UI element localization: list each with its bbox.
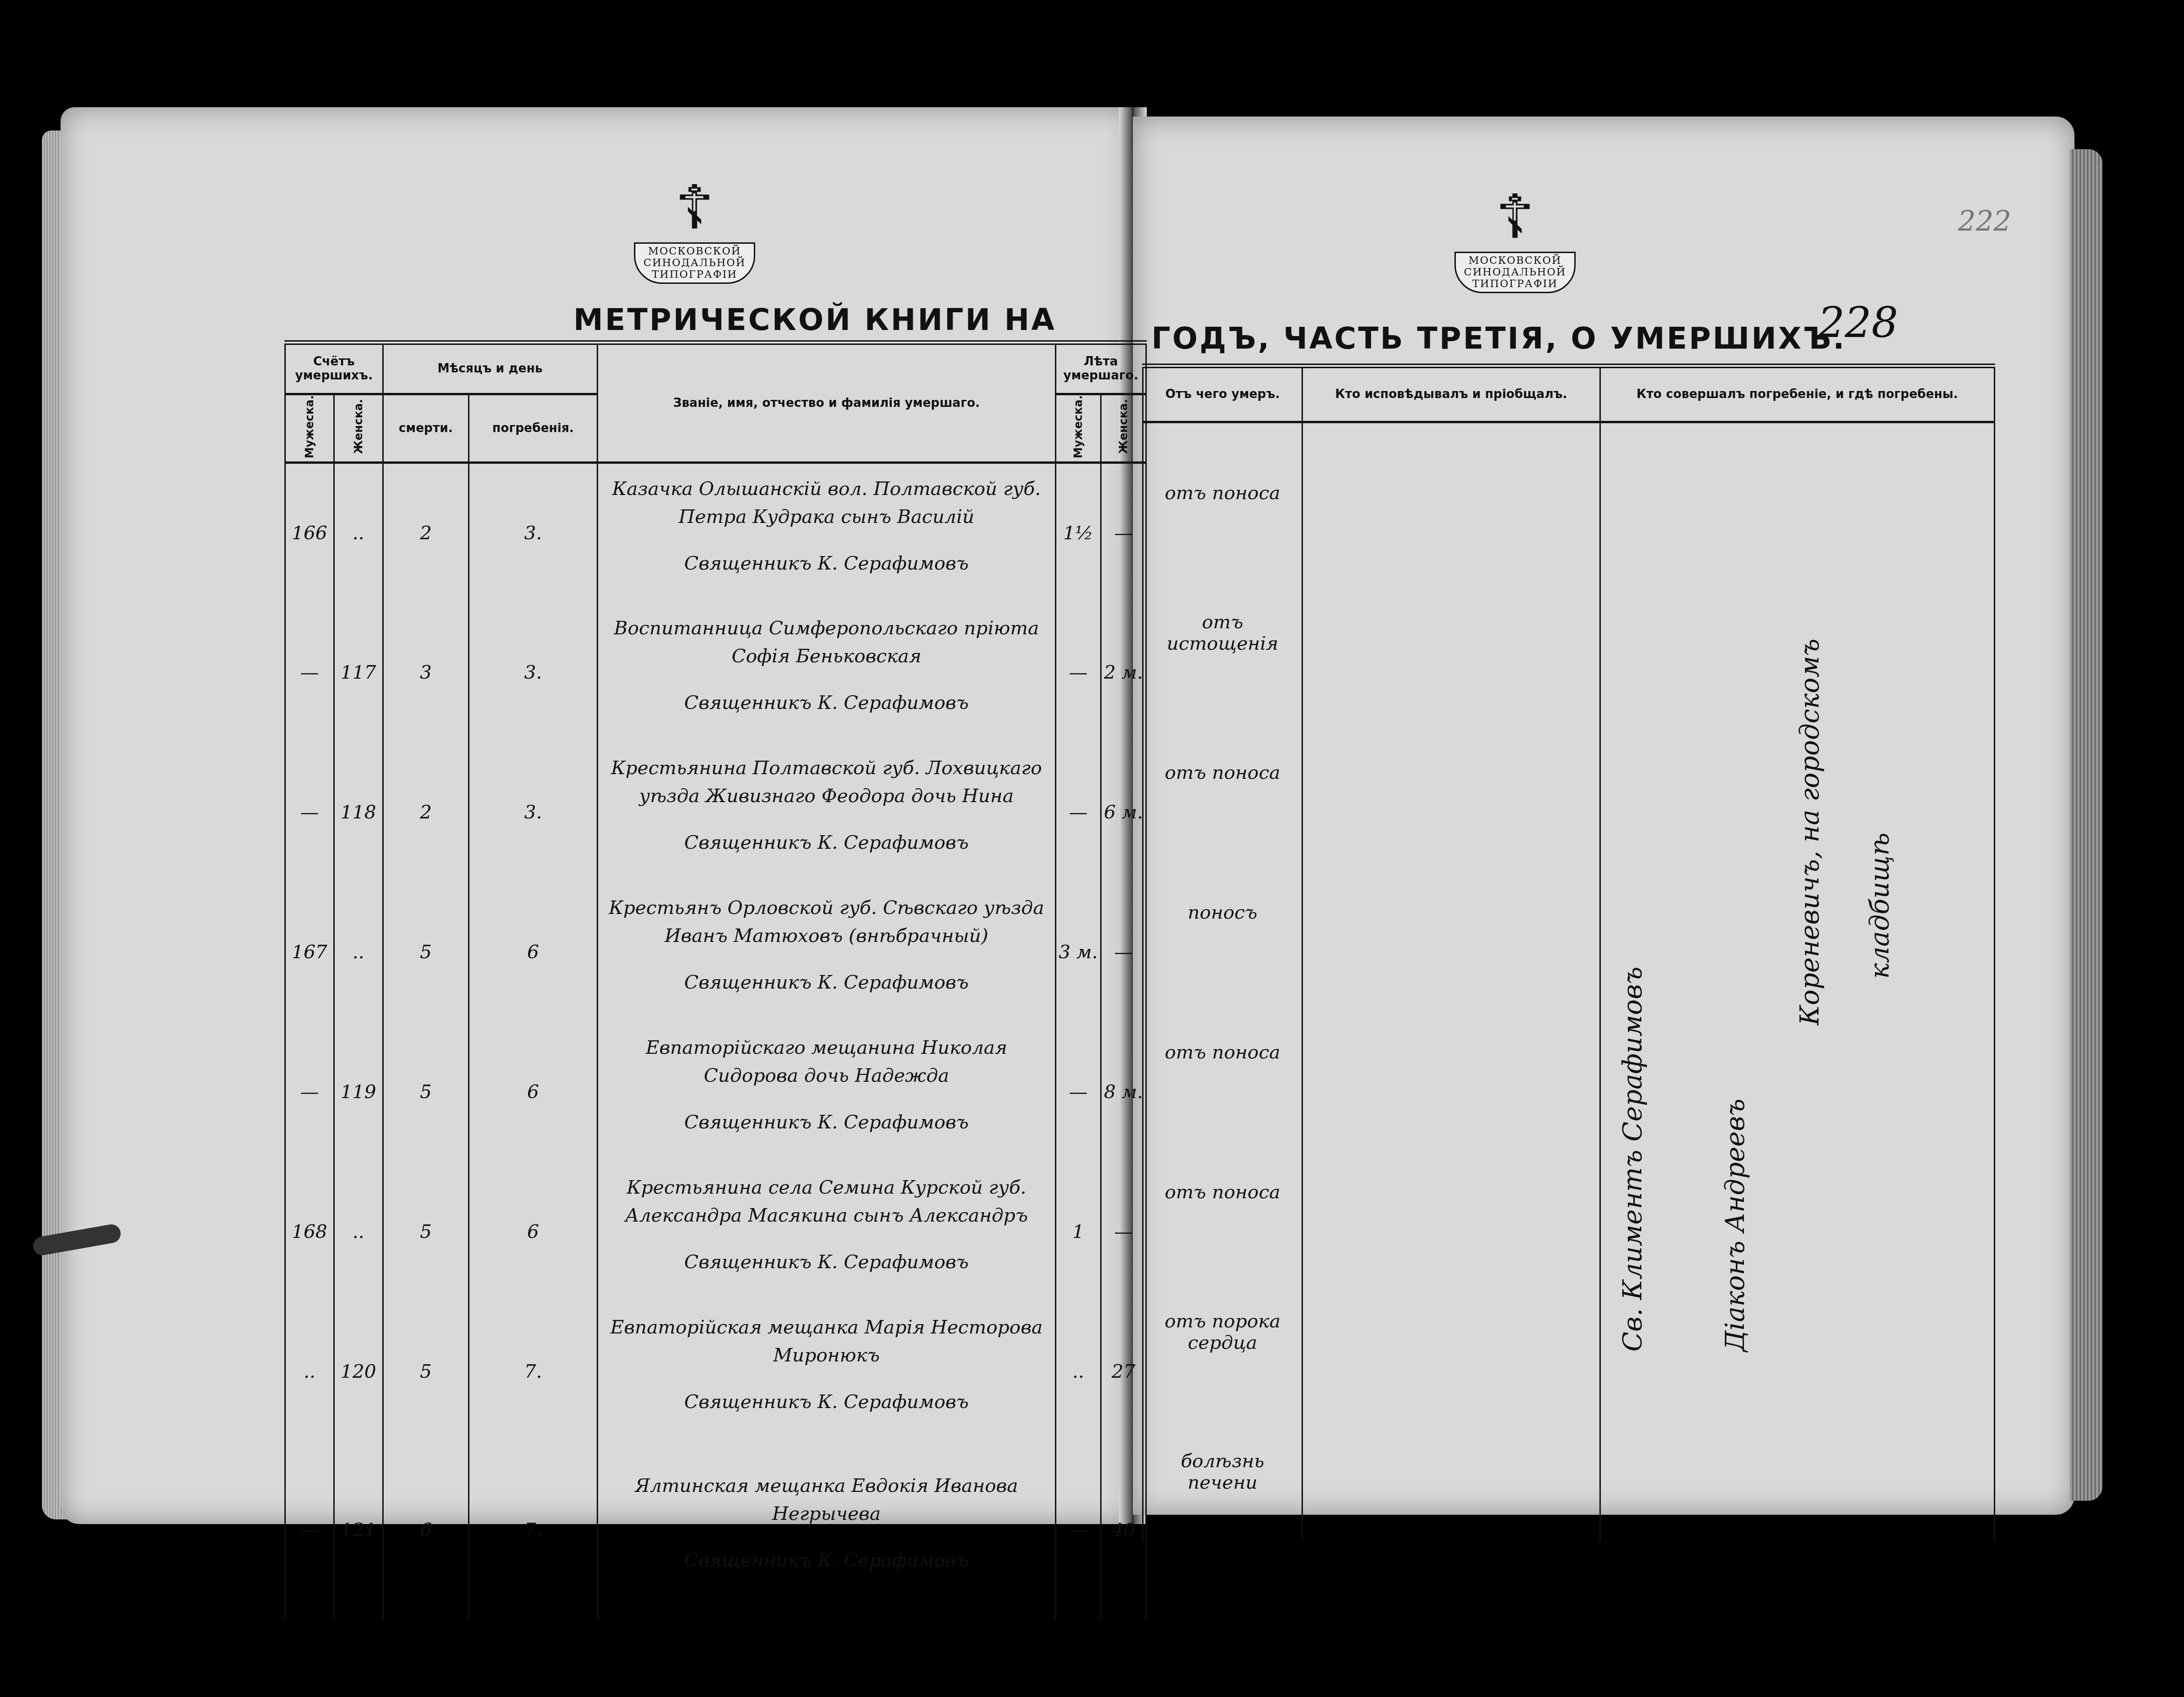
- header-cause: Отъ чего умеръ.: [1143, 366, 1302, 422]
- male-number: —: [285, 1442, 334, 1619]
- priest-signature: Священникъ К. Серафимовъ: [598, 550, 1055, 577]
- burial-day: 3.: [469, 463, 598, 603]
- double-headed-eagle-icon: ☦: [1454, 182, 1576, 252]
- cause-of-death: отъ поноса: [1144, 1122, 1302, 1262]
- age-male: —: [1055, 1442, 1101, 1619]
- imperial-emblem-right: ☦ МОСКОВСКОЙ СИНОДАЛЬНОЙ ТИПОГРАФІИ: [1454, 182, 1576, 284]
- priest-signature: Священникъ К. Серафимовъ: [598, 829, 1055, 857]
- priest-signature: Священникъ К. Серафимовъ: [598, 689, 1055, 717]
- age-female: 2 м.: [1101, 603, 1146, 742]
- register-row: — 118 2 3. Крестьянина Полтавской губ. Л…: [285, 742, 1146, 882]
- male-number: 167: [285, 882, 334, 1022]
- burial-place-line-1: Кореневичъ, на городскомъ: [1795, 466, 1825, 1025]
- deceased-name: Крестьянина села Семина Курской губ. Але…: [597, 1162, 1055, 1302]
- header-burial-by: Кто совершалъ погребеніе, и гдѣ погребен…: [1600, 366, 1994, 422]
- male-number: 168: [285, 1162, 334, 1302]
- deceased-name: Евпаторійская мещанка Марія Несторова Ми…: [597, 1302, 1055, 1442]
- male-number: ..: [285, 1302, 334, 1442]
- imperial-emblem-left: ☦ МОСКОВСКОЙ СИНОДАЛЬНОЙ ТИПОГРАФІИ: [634, 172, 755, 275]
- header-count: Счётъ умершихъ.: [285, 343, 383, 394]
- burial-day: 7.: [469, 1302, 598, 1442]
- age-male: 3 м.: [1055, 882, 1101, 1022]
- emblem-ribbon: МОСКОВСКОЙ СИНОДАЛЬНОЙ ТИПОГРАФІИ: [1454, 252, 1576, 293]
- burial-day: 3.: [469, 742, 598, 882]
- age-female: —: [1101, 1162, 1146, 1302]
- priest-signature: Священникъ К. Серафимовъ: [598, 1108, 1055, 1136]
- header-age-male: Мужеска.: [1055, 394, 1101, 463]
- register-row: .. 120 5 7. Евпаторійская мещанка Марія …: [285, 1302, 1146, 1442]
- page-number: 228: [1818, 298, 1898, 347]
- priest-signature: Священникъ К. Серафимовъ: [598, 1546, 1055, 1574]
- priest-signature: Священникъ К. Серафимовъ: [598, 969, 1055, 996]
- left-page-title: МЕТРИЧЕСКОЙ КНИГИ НА: [573, 303, 1056, 337]
- header-confessor: Кто исповѣдывалъ и пріобщалъ.: [1302, 366, 1600, 422]
- header-burial: погребенія.: [469, 394, 598, 463]
- death-day: 6: [383, 1442, 469, 1619]
- burial-day: 7.: [469, 1442, 598, 1619]
- priest-signature: Священникъ К. Серафимовъ: [598, 1248, 1055, 1276]
- header-month-day: Мѣсяцъ и день: [383, 343, 597, 394]
- register-row: — 121 6 7. Ялтинская мещанка Евдокія Ива…: [285, 1442, 1146, 1619]
- cause-of-death: отъ истощенія: [1144, 563, 1302, 703]
- death-day: 3: [383, 603, 469, 742]
- header-count-male: Мужеска.: [285, 394, 334, 463]
- cause-of-death: поносъ: [1144, 843, 1302, 982]
- female-number: 117: [334, 603, 383, 742]
- right-page-title: ГОДЪ, ЧАСТЬ ТРЕТІЯ, О УМЕРШИХЪ.: [1151, 322, 1846, 356]
- female-number: 118: [334, 742, 383, 882]
- priest-signature: Священникъ К. Серафимовъ: [598, 1388, 1055, 1416]
- deceased-name: Крестьянина Полтавской губ. Лохвицкаго у…: [597, 742, 1055, 882]
- cause-of-death: отъ поноса: [1144, 423, 1302, 563]
- female-number: ..: [334, 882, 383, 1022]
- header-age: Лѣта умершаго.: [1055, 343, 1146, 394]
- male-number: —: [285, 603, 334, 742]
- emblem-ribbon: МОСКОВСКОЙ СИНОДАЛЬНОЙ ТИПОГРАФІИ: [634, 242, 755, 284]
- male-number: 166: [285, 463, 334, 603]
- female-number: ..: [334, 1162, 383, 1302]
- cause-of-death: отъ порока сердца: [1144, 1262, 1302, 1402]
- burial-officiant-line-1: Св. Климентъ Серафимовъ: [1618, 466, 1648, 1352]
- death-day: 2: [383, 463, 469, 603]
- death-day: 5: [383, 882, 469, 1022]
- double-headed-eagle-icon: ☦: [634, 172, 755, 242]
- death-day: 2: [383, 742, 469, 882]
- register-row: 167 .. 5 6 Крестьянъ Орловской губ. Сѣвс…: [285, 882, 1146, 1022]
- deaths-register-table: Счётъ умершихъ. Мѣсяцъ и день Званіе, им…: [284, 340, 1147, 1619]
- deceased-name: Евпаторійскаго мещанина Николая Сидорова…: [597, 1022, 1055, 1162]
- death-day: 5: [383, 1022, 469, 1162]
- cause-of-death-column: отъ поноса отъ истощенія отъ поноса поно…: [1143, 422, 1302, 1542]
- deceased-name: Ялтинская мещанка Евдокія Иванова Негрыч…: [597, 1442, 1055, 1619]
- age-male: —: [1055, 1022, 1101, 1162]
- age-male: 1: [1055, 1162, 1101, 1302]
- cause-of-death: отъ поноса: [1144, 982, 1302, 1122]
- male-number: —: [285, 742, 334, 882]
- age-male: —: [1055, 742, 1101, 882]
- age-female: 27: [1101, 1302, 1146, 1442]
- age-female: 8 м.: [1101, 1022, 1146, 1162]
- age-female: —: [1101, 463, 1146, 603]
- burial-day: 6: [469, 1022, 598, 1162]
- header-name: Званіе, имя, отчество и фамилія умершаго…: [597, 343, 1055, 463]
- age-male: ..: [1055, 1302, 1101, 1442]
- burial-place-line-2: кладбищѣ: [1865, 746, 1895, 979]
- page-edges-right: [2070, 149, 2102, 1501]
- cause-of-death: болѣзнь печени: [1144, 1402, 1302, 1542]
- register-row: 166 .. 2 3. Казачка Олышанскiй вол. Полт…: [285, 463, 1146, 603]
- death-day: 5: [383, 1162, 469, 1302]
- male-number: —: [285, 1022, 334, 1162]
- female-number: 120: [334, 1302, 383, 1442]
- female-number: 119: [334, 1022, 383, 1162]
- deceased-name: Воспитанница Симферопольскаго пріюта Соф…: [597, 603, 1055, 742]
- age-male: —: [1055, 603, 1101, 742]
- age-female: —: [1101, 882, 1146, 1022]
- deceased-name: Казачка Олышанскiй вол. Полтавской губ. …: [597, 463, 1055, 603]
- confessor-column: [1302, 422, 1600, 1542]
- register-row: — 119 5 6 Евпаторійскаго мещанина Никола…: [285, 1022, 1146, 1162]
- archive-page-number: 222: [1958, 205, 2012, 238]
- burial-day: 6: [469, 882, 598, 1022]
- burial-officiant-line-2: Діаконъ Андреевъ: [1720, 466, 1750, 1352]
- female-number: ..: [334, 463, 383, 603]
- register-row: — 117 3 3. Воспитанница Симферопольскаго…: [285, 603, 1146, 742]
- cause-of-death: отъ поноса: [1144, 703, 1302, 843]
- header-death: смерти.: [383, 394, 469, 463]
- female-number: 121: [334, 1442, 383, 1619]
- header-age-female: Женска.: [1101, 394, 1146, 463]
- age-female: 6 м.: [1101, 742, 1146, 882]
- open-register-book: ☦ МОСКОВСКОЙ СИНОДАЛЬНОЙ ТИПОГРАФІИ МЕТР…: [33, 93, 2098, 1538]
- register-row: 168 .. 5 6 Крестьянина села Семина Курск…: [285, 1162, 1146, 1302]
- burial-day: 3.: [469, 603, 598, 742]
- burial-day: 6: [469, 1162, 598, 1302]
- deceased-name: Крестьянъ Орловской губ. Сѣвскаго уѣзда …: [597, 882, 1055, 1022]
- death-day: 5: [383, 1302, 469, 1442]
- header-count-female: Женска.: [334, 394, 383, 463]
- age-female: 40: [1101, 1442, 1146, 1619]
- age-male: 1½: [1055, 463, 1101, 603]
